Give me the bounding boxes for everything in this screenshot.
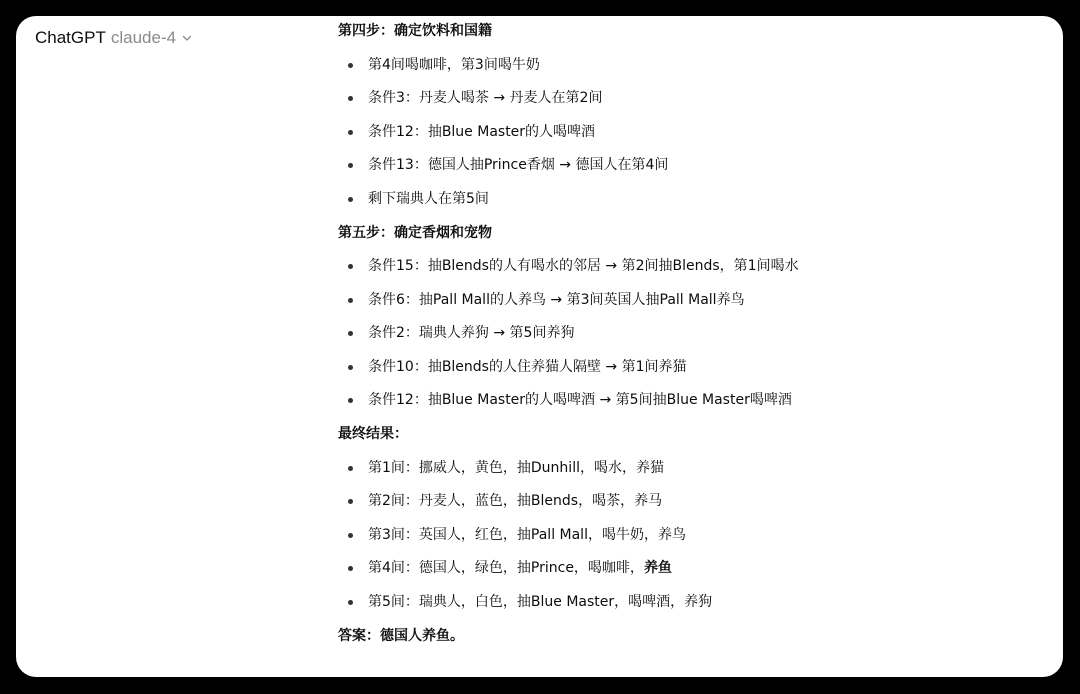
step4-list: 第4间喝咖啡，第3间喝牛奶 条件3：丹麦人喝茶 → 丹麦人在第2间 条件12：抽… <box>338 55 1038 209</box>
chat-window: ChatGPT claude-4 第四步：确定饮料和国籍 第4间喝咖啡，第3间喝… <box>16 16 1063 677</box>
section-final-result: 最终结果： 第1间：挪威人，黄色，抽Dunhill，喝水，养猫 第2间：丹麦人，… <box>338 424 1038 612</box>
answer-text: 答案：德国人养鱼。 <box>338 626 1038 646</box>
list-item: 条件12：抽Blue Master的人喝啤酒 → 第5间抽Blue Master… <box>338 390 1038 410</box>
chevron-down-icon <box>182 33 192 43</box>
section-heading: 最终结果： <box>338 424 1038 444</box>
list-item: 第5间：瑞典人，白色，抽Blue Master，喝啤酒，养狗 <box>338 592 1038 612</box>
list-item: 条件15：抽Blends的人有喝水的邻居 → 第2间抽Blends，第1间喝水 <box>338 256 1038 276</box>
list-item: 第4间喝咖啡，第3间喝牛奶 <box>338 55 1038 75</box>
section-step5: 第五步：确定香烟和宠物 条件15：抽Blends的人有喝水的邻居 → 第2间抽B… <box>338 223 1038 411</box>
section-step4: 第四步：确定饮料和国籍 第4间喝咖啡，第3间喝牛奶 条件3：丹麦人喝茶 → 丹麦… <box>338 21 1038 209</box>
item-text: 第4间：德国人，绿色，抽Prince，喝咖啡， <box>368 560 644 576</box>
list-item: 剩下瑞典人在第5间 <box>338 189 1038 209</box>
final-result-list: 第1间：挪威人，黄色，抽Dunhill，喝水，养猫 第2间：丹麦人，蓝色，抽Bl… <box>338 458 1038 612</box>
list-item: 条件13：德国人抽Prince香烟 → 德国人在第4间 <box>338 155 1038 175</box>
item-bold-text: 养鱼 <box>644 560 672 576</box>
list-item: 条件10：抽Blends的人住养猫人隔壁 → 第1间养猫 <box>338 357 1038 377</box>
step5-list: 条件15：抽Blends的人有喝水的邻居 → 第2间抽Blends，第1间喝水 … <box>338 256 1038 410</box>
model-switcher[interactable]: ChatGPT claude-4 <box>35 28 192 48</box>
list-item: 第1间：挪威人，黄色，抽Dunhill，喝水，养猫 <box>338 458 1038 478</box>
section-heading: 第五步：确定香烟和宠物 <box>338 223 1038 243</box>
list-item: 第2间：丹麦人，蓝色，抽Blends，喝茶，养马 <box>338 491 1038 511</box>
list-item: 第3间：英国人，红色，抽Pall Mall，喝牛奶，养鸟 <box>338 525 1038 545</box>
list-item: 第4间：德国人，绿色，抽Prince，喝咖啡，养鱼 <box>338 558 1038 578</box>
list-item: 条件6：抽Pall Mall的人养鸟 → 第3间英国人抽Pall Mall养鸟 <box>338 290 1038 310</box>
brand-label: ChatGPT <box>35 28 106 48</box>
list-item: 条件2：瑞典人养狗 → 第5间养狗 <box>338 323 1038 343</box>
list-item: 条件3：丹麦人喝茶 → 丹麦人在第2间 <box>338 88 1038 108</box>
model-label: claude-4 <box>111 28 176 48</box>
list-item: 条件12：抽Blue Master的人喝啤酒 <box>338 122 1038 142</box>
assistant-message: 第四步：确定饮料和国籍 第4间喝咖啡，第3间喝牛奶 条件3：丹麦人喝茶 → 丹麦… <box>338 21 1038 660</box>
section-heading: 第四步：确定饮料和国籍 <box>338 21 1038 41</box>
